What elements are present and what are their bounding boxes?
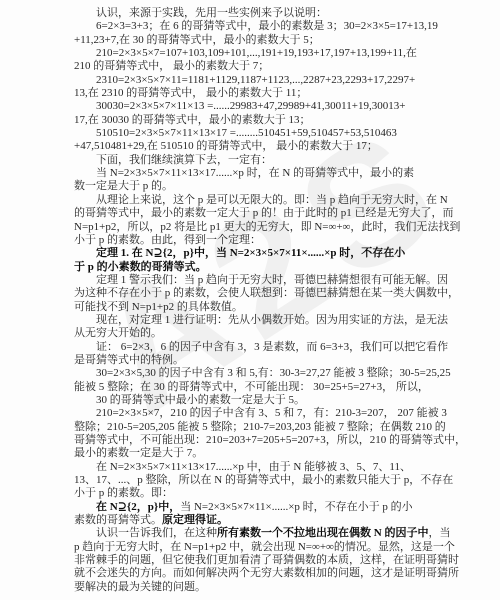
text-line: 最小的素数一定是大于 7。 <box>74 447 434 460</box>
text-line: 认识一告诉我们，在这种所有素数一个不拉地出现在偶数 N 的因子中，当 <box>74 527 434 540</box>
document-page: A2S 认识，来源于实践，先用一些实例来予以说明： 6=2×3=3+3；在 6 … <box>0 0 500 600</box>
text-line: 小于 p 的素数。由此，得到一个定理： <box>74 234 434 247</box>
text-line: 当 N=2×3×5×7×11×13×17......×p 时，在 N 的哥猜等式… <box>74 167 434 180</box>
text-segment: 素数的哥猜等式。 <box>74 514 162 526</box>
text-line: 认识，来源于实践，先用一些实例来予以说明： <box>74 7 434 20</box>
text-line: 30 的哥猜等式中最小的素数一定是大于 5。 <box>74 394 434 407</box>
text-line: 30030=2×3×5×7×11×13 =......29983+47,2998… <box>74 100 434 113</box>
text-line: 13、17、...、p 整除，所以在 N 的哥猜等式中，最小的素数只能大于 p，… <box>74 474 434 487</box>
text-line: 哥猜等式中，不可能出现：210=203+7=205+5=207+3，所以，210… <box>74 434 434 447</box>
text-segment: 认识一告诉我们，在这种 <box>96 527 217 539</box>
text-line: N=p1+p2，所以，p2 将是比 p1 更大的无穷大，即 N=∞+∞，此时，我… <box>74 221 434 234</box>
theorem-line: 定理 1. 在 N⊇{2，p}中，当 N=2×3×5×7×11×......×p… <box>74 247 434 260</box>
text-line: 从无穷大开始的。 <box>74 327 434 340</box>
text-line: 要解决的最为关键的问题。 <box>74 581 434 594</box>
text-line: 210=2×3×5×7，210 的因子中含有 3、5 和 7，有：210-3=2… <box>74 407 434 420</box>
document-text: 认识，来源于实践，先用一些实例来予以说明： 6=2×3=3+3；在 6 的哥猜等… <box>74 7 434 594</box>
text-line: 2310=2×3×5×7×11=1181+1129,1187+1123,...,… <box>74 74 434 87</box>
text-segment: ，当 <box>428 527 450 539</box>
text-line: 能被 5 整除；在 30 的哥猜等式中，不可能出现： 30=25+5=27+3，… <box>74 381 434 394</box>
text-line: 在 N=2×3×5×7×11×13×17......×p 中，由于 N 能够被 … <box>74 461 434 474</box>
text-line: 17,在 30030 的哥猜等式中，最小的素数大于 13； <box>74 114 434 127</box>
text-line: 30=2×3×5,30 的因子中含有 3 和 5,有：30-3=27,27 能被… <box>74 367 434 380</box>
text-line: 为这种不存在小于 p 的素数，会使人联想到：哥德巴赫猜想在某一类大偶数中， <box>74 287 434 300</box>
text-line: 下面，我们继续演算下去，一定有： <box>74 154 434 167</box>
text-line: 可能找不到 N=p1+p2 的具体数值。 <box>74 301 434 314</box>
text-segment: 在 N⊇{2，p}中， <box>96 501 180 513</box>
text-segment: 原定理得证。 <box>162 514 228 526</box>
theorem-restate-line: 在 N⊇{2，p}中，当 N=2×3×5×7×11×......×p 时，不存在… <box>74 501 434 514</box>
text-line: 非常棘手的问题，但它使我们更加看清了哥猜偶数的本质，这样，在证明哥猜时 <box>74 554 434 567</box>
text-line: p 趋向于无穷大时，在 N=p1+p2 中，就会出现 N=∞+∞的情况。显然，这… <box>74 541 434 554</box>
text-line: 是哥猜等式中的特例。 <box>74 354 434 367</box>
text-line: 现在，对定理 1 进行证明：先从小偶数开始。因为用实证的方法，是无法 <box>74 314 434 327</box>
text-line: 定理 1 警示我们：当 p 趋向于无穷大时，哥德巴赫猜想很有可能无解。因 <box>74 274 434 287</box>
text-line: 就不会迷失的方向。而如何解决两个无穷大素数相加的问题，这才是证明哥猜所 <box>74 567 434 580</box>
text-line: 的哥猜等式中，最小的素数一定大于 p 的！由于此时的 p1 已经是无穷大了，而 <box>74 207 434 220</box>
text-line: 从理论上来说，这个 p 是可以无限大的。即：当 p 趋向于无穷大时，在 N <box>74 194 434 207</box>
theorem-restate-line: 素数的哥猜等式。原定理得证。 <box>74 514 434 527</box>
text-line: 小于 p 的素数。即： <box>74 487 434 500</box>
text-line: 510510=2×3×5×7×11×13×17 =........510451+… <box>74 127 434 140</box>
text-segment: 所有素数一个不拉地出现在偶数 N 的因子中 <box>217 527 428 539</box>
text-segment: 当 N=2×3×5×7×11×......×p 时，不存在小于 p 的小 <box>180 501 412 513</box>
text-line: 13,在 2310 的哥猜等式中， 最小的素数大于 11； <box>74 87 434 100</box>
theorem-line: 于 p 的小素数的哥猜等式。 <box>74 261 434 274</box>
text-line: +47,510481+29,在 510510 的哥猜等式中， 最小的素数大于 1… <box>74 140 434 153</box>
text-line: 数一定是大于 p 的。 <box>74 180 434 193</box>
text-line: 整除；210-5=205,205 能被 5 整除；210-7=203,203 能… <box>74 421 434 434</box>
text-line: 210 的哥猜等式中， 最小的素数大于 7； <box>74 60 434 73</box>
proof-line: 证： 6=2×3，6 的因子中含有 3，3 是素数，而 6=3+3，我们可以把它… <box>74 341 434 354</box>
text-line: 6=2×3=3+3；在 6 的哥猜等式中，最小的素数是 3；30=2×3×5=1… <box>74 20 434 33</box>
text-line: +11,23+7,在 30 的哥猜等式中，最小的素数大于 5； <box>74 34 434 47</box>
text-line: 210=2×3×5×7=107+103,109+101,...,191+19,1… <box>74 47 434 60</box>
